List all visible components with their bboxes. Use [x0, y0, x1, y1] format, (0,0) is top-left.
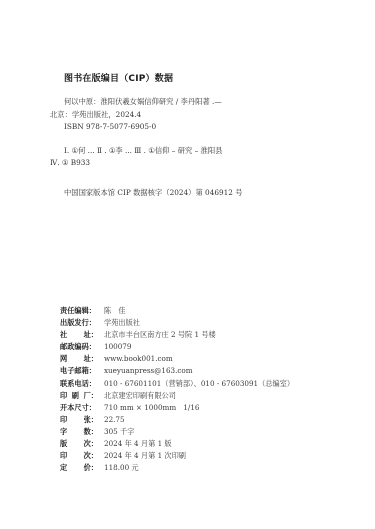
- cip-title-line: 何以中原：淮阳伏羲女娲信仰研究 / 李丹阳著 .—: [50, 96, 340, 109]
- colophon-row-sheets: 印张： 22.75: [60, 415, 350, 427]
- colophon-row-editor: 责任编辑： 陈 佳: [60, 306, 350, 318]
- cip-record: 何以中原：淮阳伏羲女娲信仰研究 / 李丹阳著 .— 北京：学苑出版社，2024.…: [50, 96, 340, 170]
- cip-title: 图书在版编目（CIP）数据: [64, 71, 173, 84]
- cip-classification-line: Ⅳ. ① B933: [50, 157, 340, 170]
- label-postcode: 邮政编码：: [60, 342, 104, 352]
- value-website[interactable]: www.book001.com: [104, 354, 173, 363]
- value-address: 北京市丰台区南方庄 2 号院 1 号楼: [104, 330, 216, 340]
- label-printer: 印刷厂：: [60, 391, 104, 401]
- label-address: 社址：: [60, 330, 104, 340]
- cip-subject-line: Ⅰ. ①何 ... Ⅱ . ①李 ... Ⅲ . ①信仰 – 研究 – 淮阳县: [50, 145, 340, 158]
- value-wordcount: 305 千字: [104, 427, 134, 437]
- colophon-row-edition: 版次： 2024 年 4 月第 1 版: [60, 439, 350, 451]
- label-wordcount: 字数：: [60, 427, 104, 437]
- colophon-row-postcode: 邮政编码： 100079: [60, 342, 350, 354]
- colophon-row-price: 定价： 118.00 元: [60, 463, 350, 475]
- cip-isbn-line: ISBN 978-7-5077-6905-0: [50, 121, 340, 134]
- value-printing: 2024 年 4 月第 1 次印刷: [104, 451, 186, 461]
- value-phone: 010 - 67601101（营销部）、010 - 67603091（总编室）: [104, 379, 294, 389]
- colophon-row-printer: 印刷厂： 北京建宏印刷有限公司: [60, 391, 350, 403]
- colophon-row-printing: 印次： 2024 年 4 月第 1 次印刷: [60, 451, 350, 463]
- colophon: 责任编辑： 陈 佳 出版发行： 学苑出版社 社址： 北京市丰台区南方庄 2 号院…: [60, 306, 350, 475]
- cip-verification-number: 中国国家版本馆 CIP 数据核字（2024）第 046912 号: [64, 188, 243, 198]
- colophon-row-phone: 联系电话： 010 - 67601101（营销部）、010 - 67603091…: [60, 379, 350, 391]
- colophon-row-email: 电子邮箱： xueyuanpress@163.com: [60, 366, 350, 378]
- label-publisher: 出版发行：: [60, 318, 104, 328]
- label-phone: 联系电话：: [60, 379, 104, 389]
- label-printing: 印次：: [60, 451, 104, 461]
- colophon-row-address: 社址： 北京市丰台区南方庄 2 号院 1 号楼: [60, 330, 350, 342]
- label-price: 定价：: [60, 463, 104, 473]
- value-editor: 陈 佳: [104, 306, 126, 316]
- value-format: 710 mm × 1000mm 1/16: [104, 403, 199, 413]
- value-postcode: 100079: [104, 342, 131, 351]
- label-format: 开本尺寸：: [60, 403, 104, 413]
- label-editor: 责任编辑：: [60, 306, 104, 316]
- value-email[interactable]: xueyuanpress@163.com: [104, 366, 193, 375]
- label-edition: 版次：: [60, 439, 104, 449]
- label-website: 网址：: [60, 354, 104, 364]
- colophon-row-publisher: 出版发行： 学苑出版社: [60, 318, 350, 330]
- value-sheets: 22.75: [104, 415, 125, 424]
- colophon-row-format: 开本尺寸： 710 mm × 1000mm 1/16: [60, 403, 350, 415]
- value-publisher: 学苑出版社: [104, 318, 140, 328]
- value-edition: 2024 年 4 月第 1 版: [104, 439, 172, 449]
- value-price: 118.00 元: [104, 463, 139, 473]
- colophon-row-website: 网址： www.book001.com: [60, 354, 350, 366]
- cip-publisher-line: 北京：学苑出版社，2024.4: [50, 109, 340, 122]
- label-sheets: 印张：: [60, 415, 104, 425]
- colophon-row-wordcount: 字数： 305 千字: [60, 427, 350, 439]
- value-printer: 北京建宏印刷有限公司: [104, 391, 176, 401]
- label-email: 电子邮箱：: [60, 366, 104, 376]
